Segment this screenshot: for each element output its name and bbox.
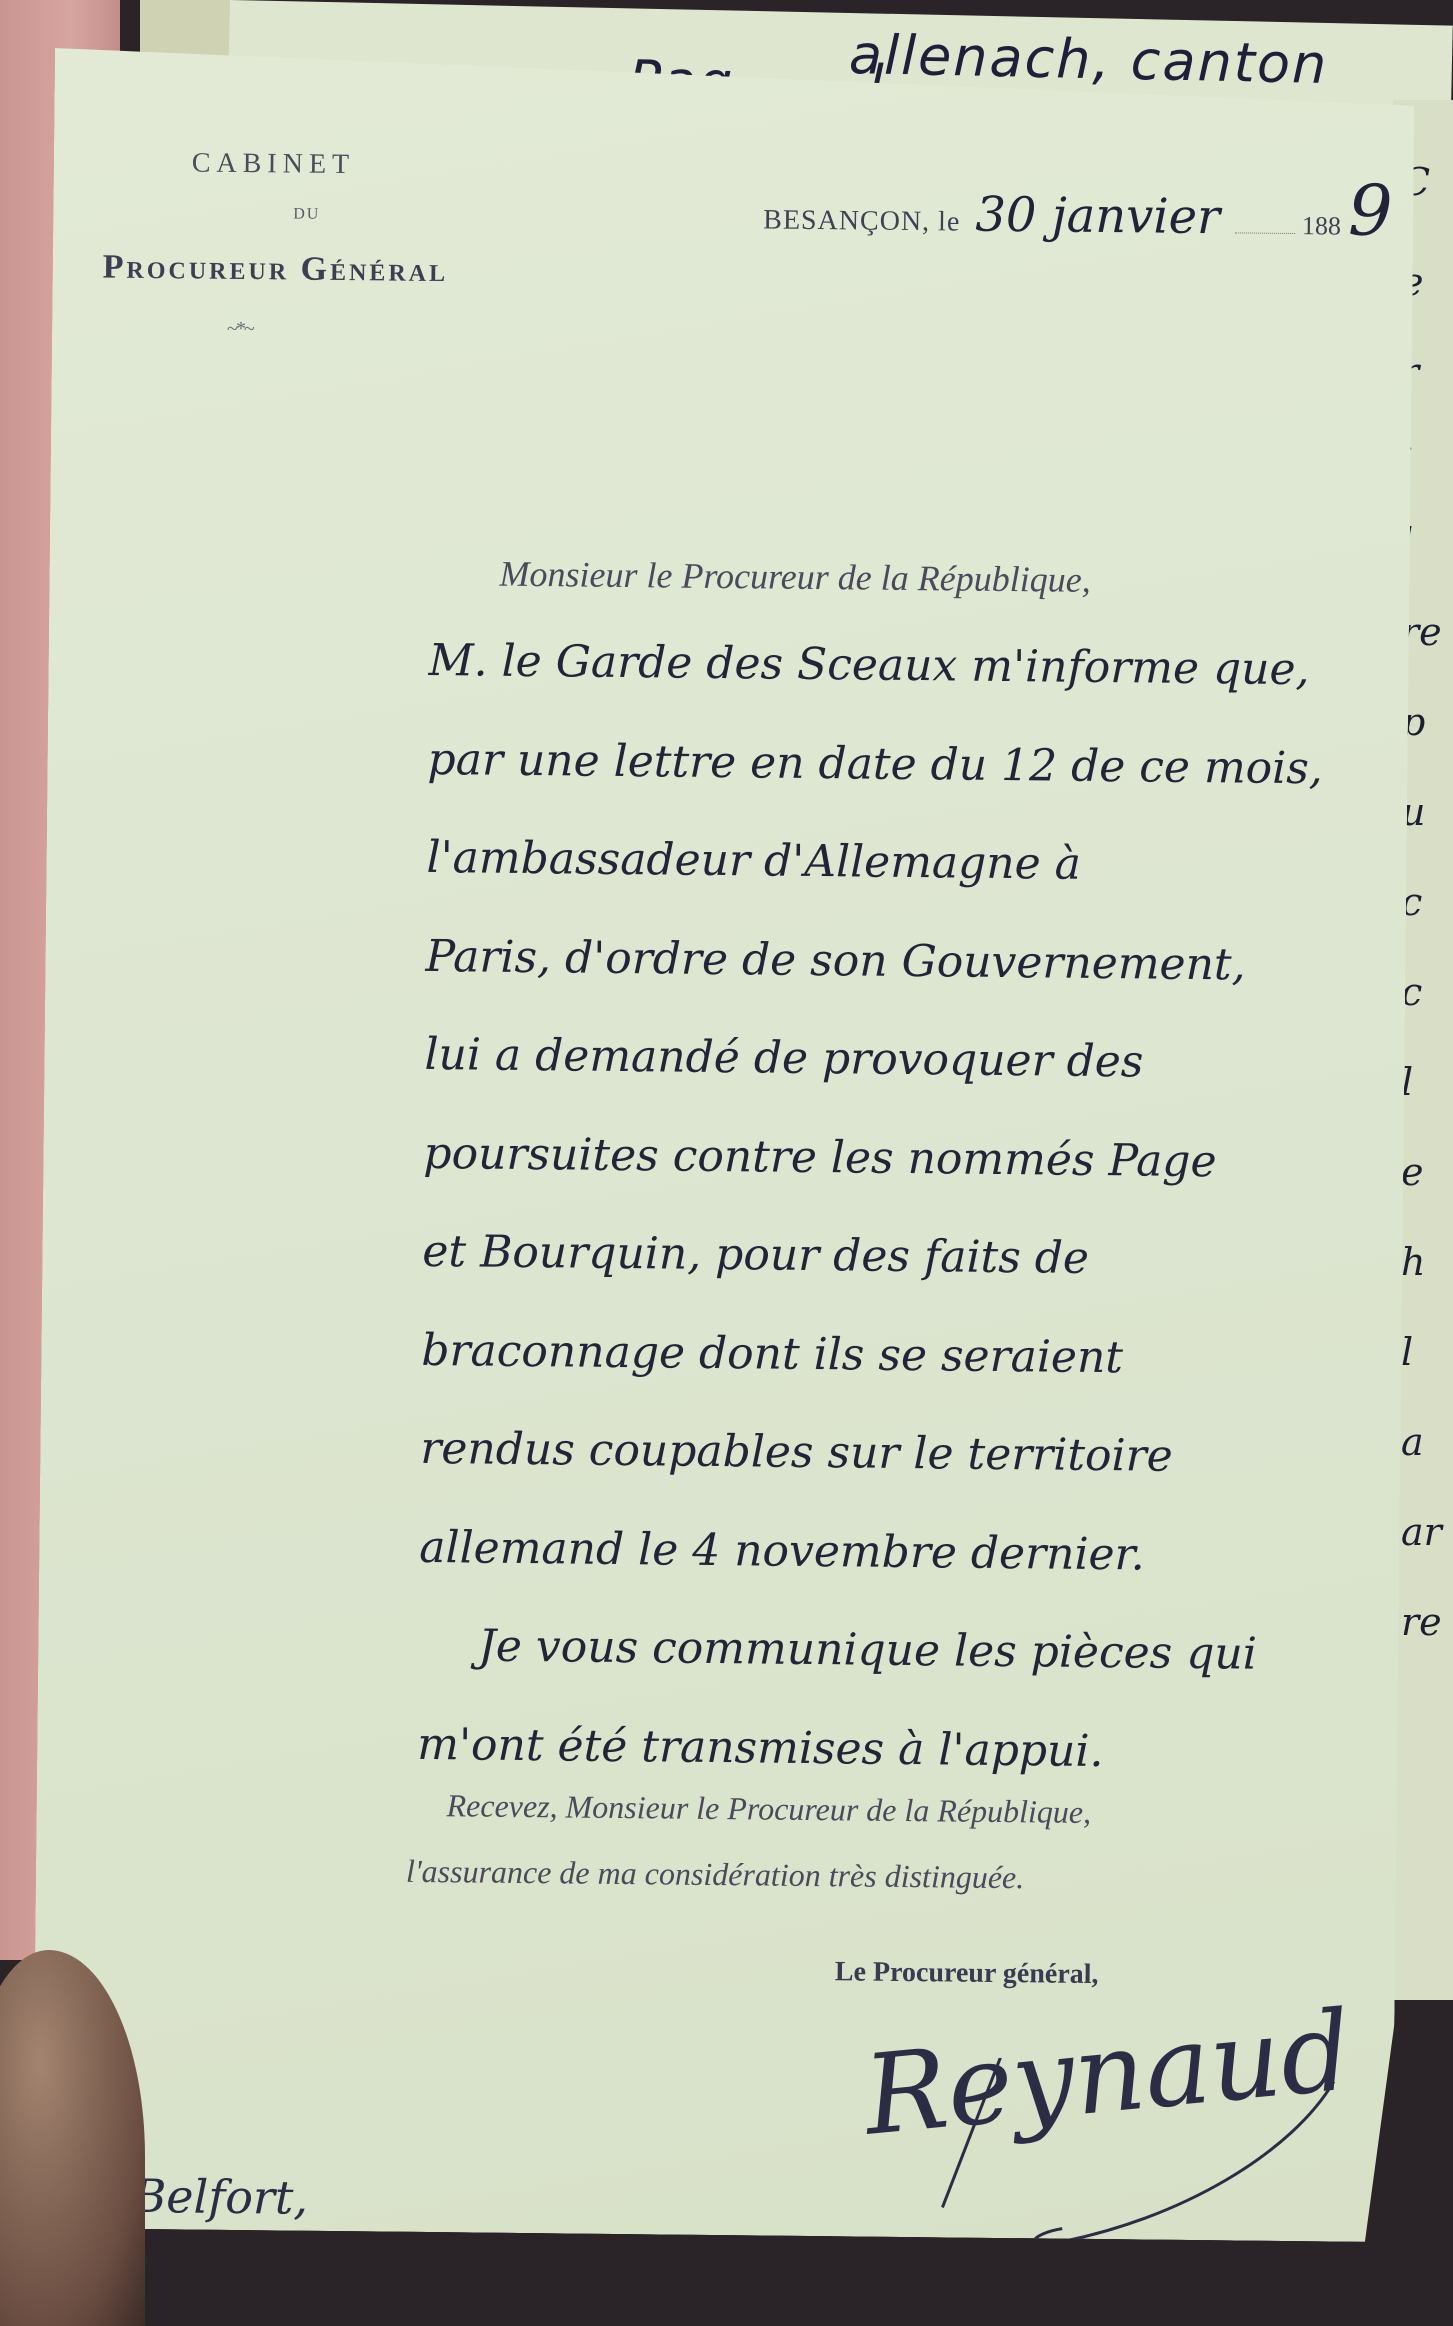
body-line: Je vous communique les pièces qui xyxy=(418,1597,1359,1705)
body-line: par une lettre en date du 12 de ce mois, xyxy=(427,710,1368,818)
body-line: Paris, d'ordre de son Gouvernement, xyxy=(425,907,1366,1015)
closing-line-1: Recevez, Monsieur le Procureur de la Rép… xyxy=(406,1772,1091,1845)
margin-fragment: re xyxy=(1401,1600,1442,1644)
closing-formula: Recevez, Monsieur le Procureur de la Rép… xyxy=(406,1772,1092,1911)
margin-fragment: ar xyxy=(1401,1510,1442,1554)
recipient-address: Belfort, xyxy=(132,2169,308,2225)
body-line: l'ambassadeur d'Allemagne à xyxy=(426,809,1367,917)
body-line: M. le Garde des Sceaux m'informe que, xyxy=(428,612,1369,720)
margin-fragment: e xyxy=(1401,1150,1424,1194)
margin-fragment: a xyxy=(1401,1420,1424,1464)
body-line: allemand le 4 novembre dernier. xyxy=(419,1498,1360,1606)
margin-fragment: h xyxy=(1401,1240,1425,1284)
letterhead-procureur-general: Procureur Général xyxy=(103,249,449,291)
dateline: BESANÇON, le 30 janvier 188 9 xyxy=(763,163,1393,252)
letter-sheet: CABINET DU Procureur Général ~*~ BESANÇO… xyxy=(32,48,1415,2242)
dateline-city: BESANÇON, le xyxy=(763,204,960,237)
letterhead-ornament-icon: ~*~ xyxy=(227,318,253,341)
dateline-day-month: 30 janvier xyxy=(975,187,1220,246)
dateline-rule xyxy=(1235,232,1295,234)
signatory-title: Le Procureur général, xyxy=(835,1956,1099,1991)
dateline-year-suffix: 9 xyxy=(1348,170,1393,252)
dateline-year-prefix: 188 xyxy=(1302,211,1341,240)
photo-scene: allenach, canton Pag... ...l C e r i l r… xyxy=(0,0,1453,2326)
signature-flourish-icon xyxy=(932,2057,1354,2261)
letter-body: M. le Garde des Sceaux m'informe que, pa… xyxy=(417,612,1369,1804)
body-line: et Bourquin, pour des faits de xyxy=(422,1203,1363,1311)
stacked-page-edges xyxy=(140,0,230,60)
body-line: poursuites contre les nommés Page xyxy=(423,1104,1364,1212)
body-line: rendus coupables sur le territoire xyxy=(420,1400,1361,1508)
closing-line-2: l'assurance de ma considération très dis… xyxy=(406,1838,1091,1911)
margin-fragment: l xyxy=(1401,1330,1413,1374)
salutation: Monsieur le Procureur de la République, xyxy=(499,553,1091,601)
body-line: lui a demandé de provoquer des xyxy=(424,1006,1365,1114)
letterhead-du: DU xyxy=(293,206,320,224)
body-line: braconnage dont ils se seraient xyxy=(421,1301,1362,1409)
letterhead-cabinet: CABINET xyxy=(192,147,356,181)
